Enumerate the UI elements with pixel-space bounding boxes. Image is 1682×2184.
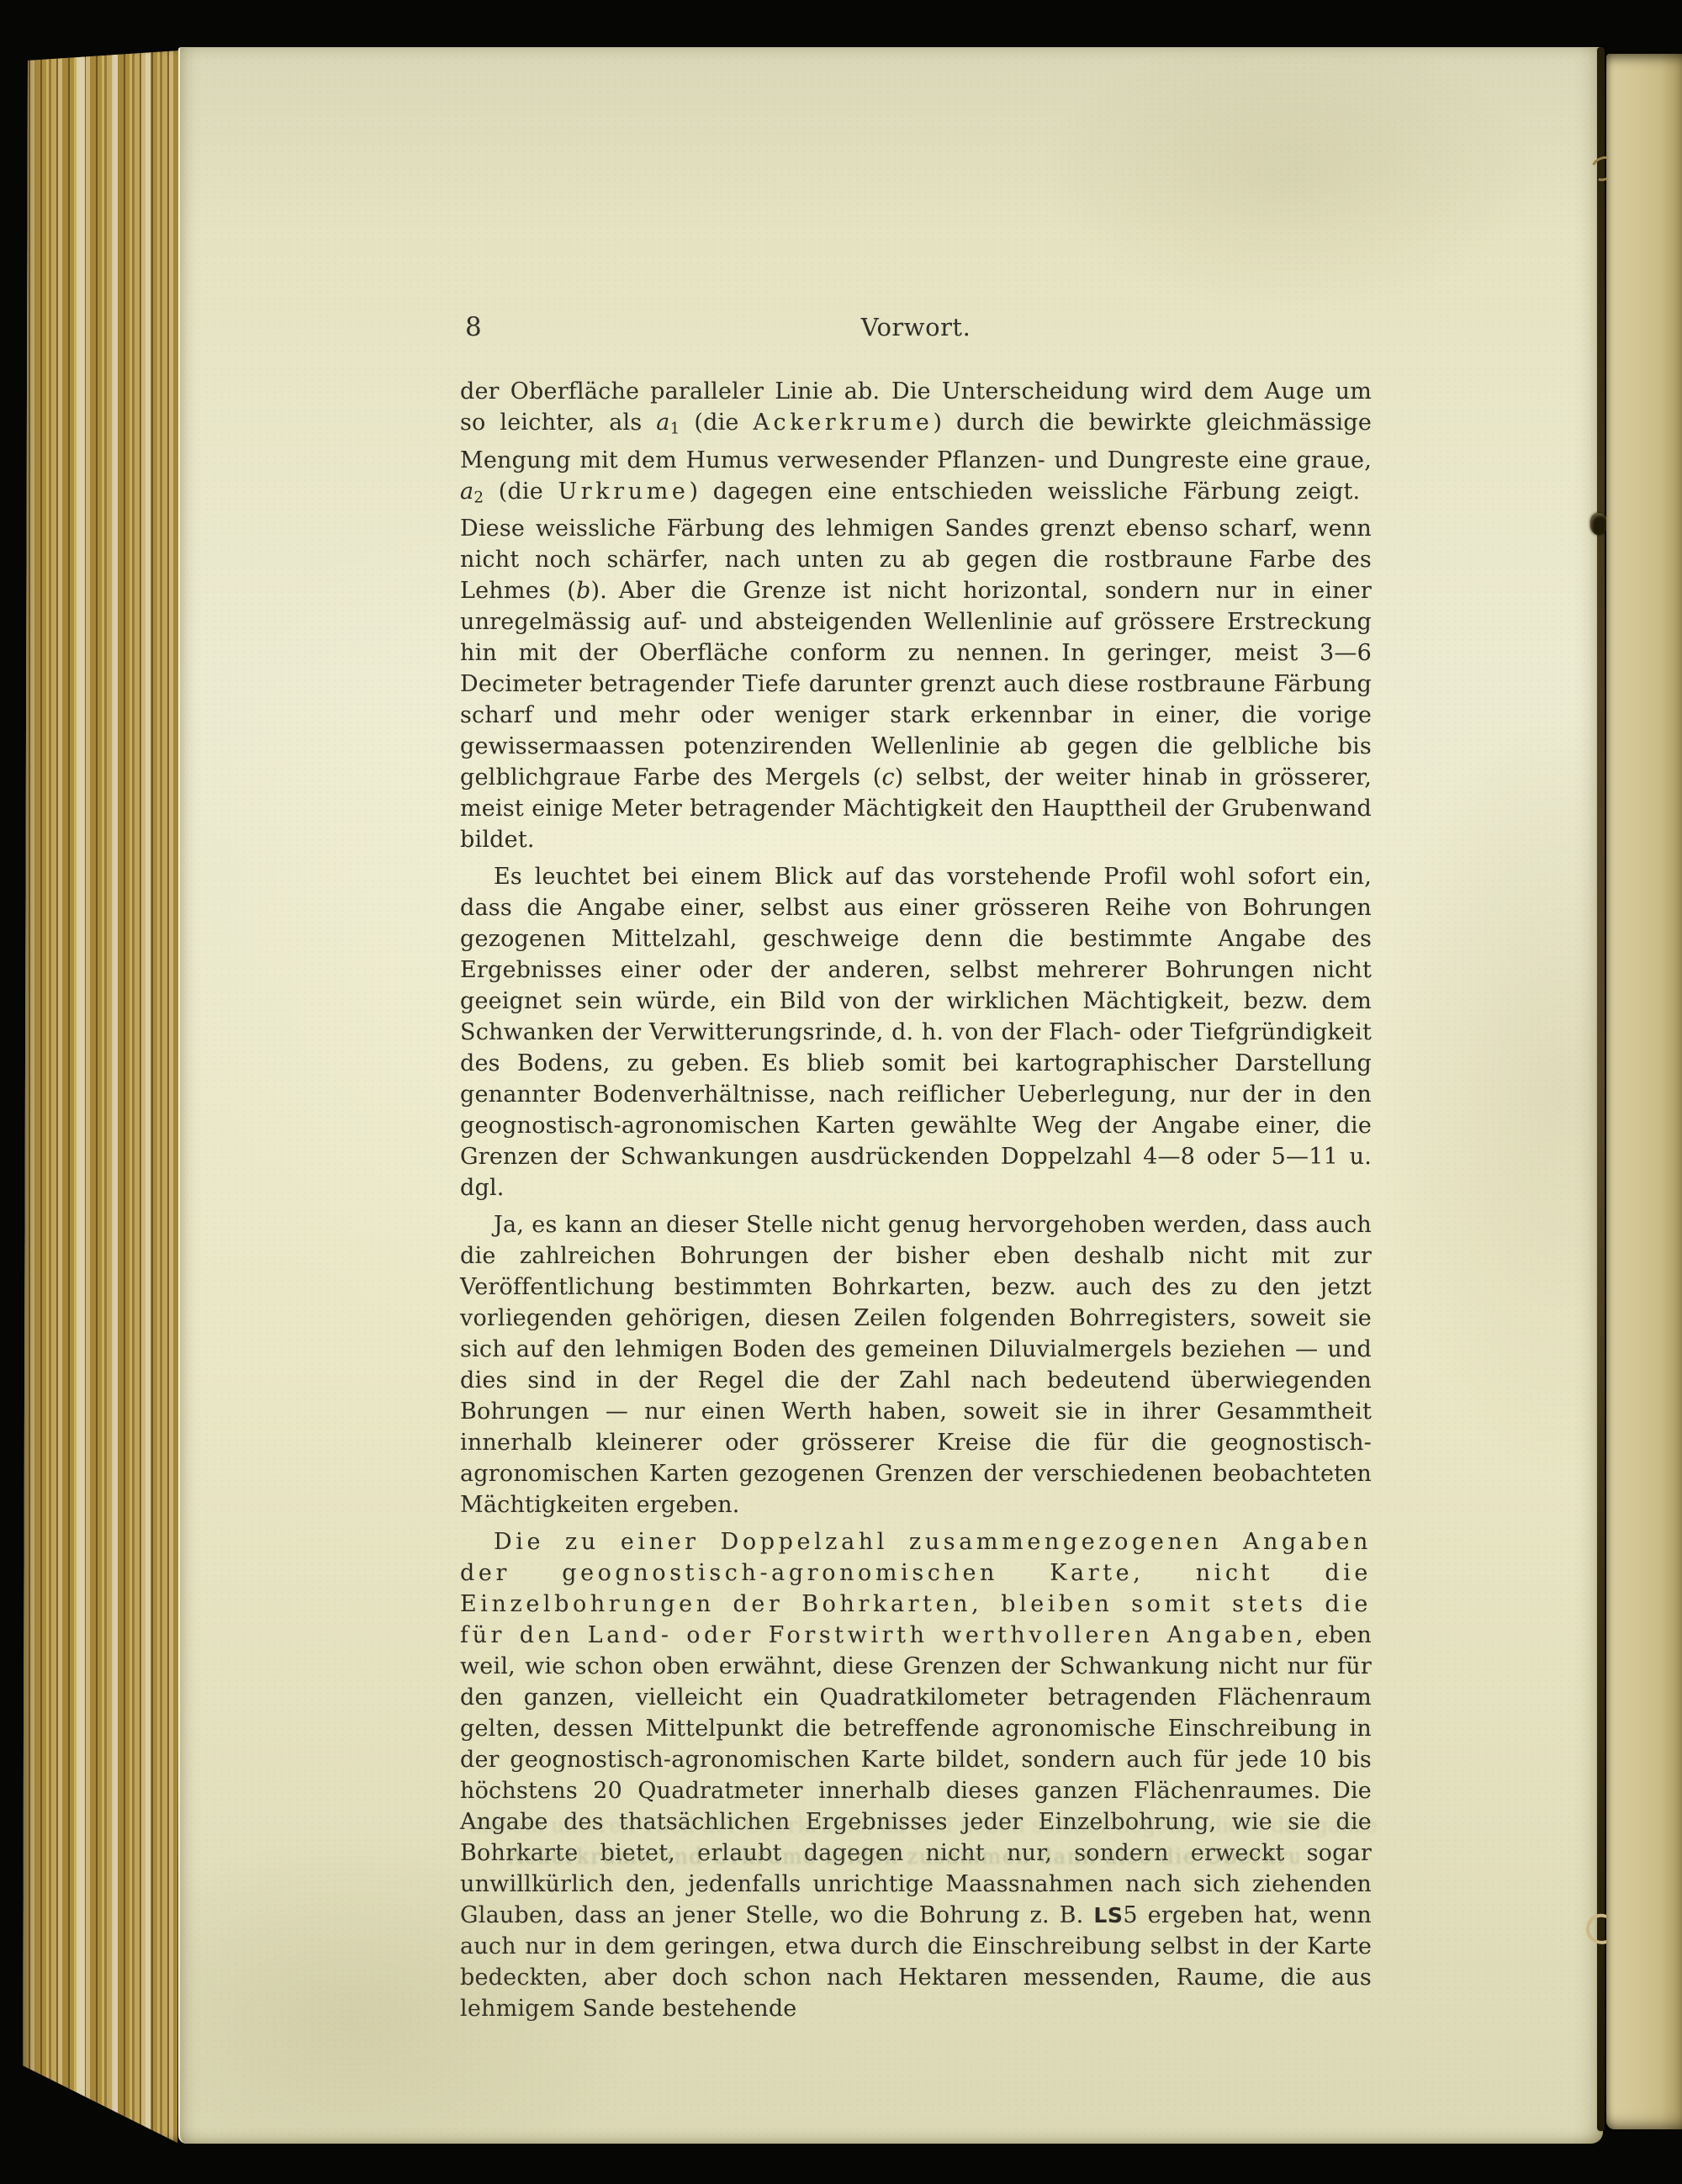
paragraph: Die zu einer Doppelzahl zusammengezogene… (460, 1526, 1372, 2024)
fore-edge-page-stack (13, 44, 188, 2146)
running-head-title: Vorwort. (460, 310, 1372, 344)
page-number: 8 (465, 310, 482, 344)
book-page: 8 Vorwort. der Oberfläche paralleler Lin… (178, 47, 1603, 2144)
facing-page-edge (1606, 54, 1682, 2129)
paragraph: Ja, es kann an dieser Stelle nicht genug… (460, 1209, 1372, 1520)
paragraph: der Oberfläche paralleler Linie ab. Die … (460, 376, 1372, 855)
gutter-seam (1597, 47, 1605, 2131)
paragraph: Es leuchtet bei einem Blick auf das vors… (460, 861, 1372, 1203)
stitch-thread (1590, 513, 1608, 535)
body-text: der Oberfläche paralleler Linie ab. Die … (460, 376, 1372, 2024)
running-head: 8 Vorwort. (460, 310, 1372, 347)
